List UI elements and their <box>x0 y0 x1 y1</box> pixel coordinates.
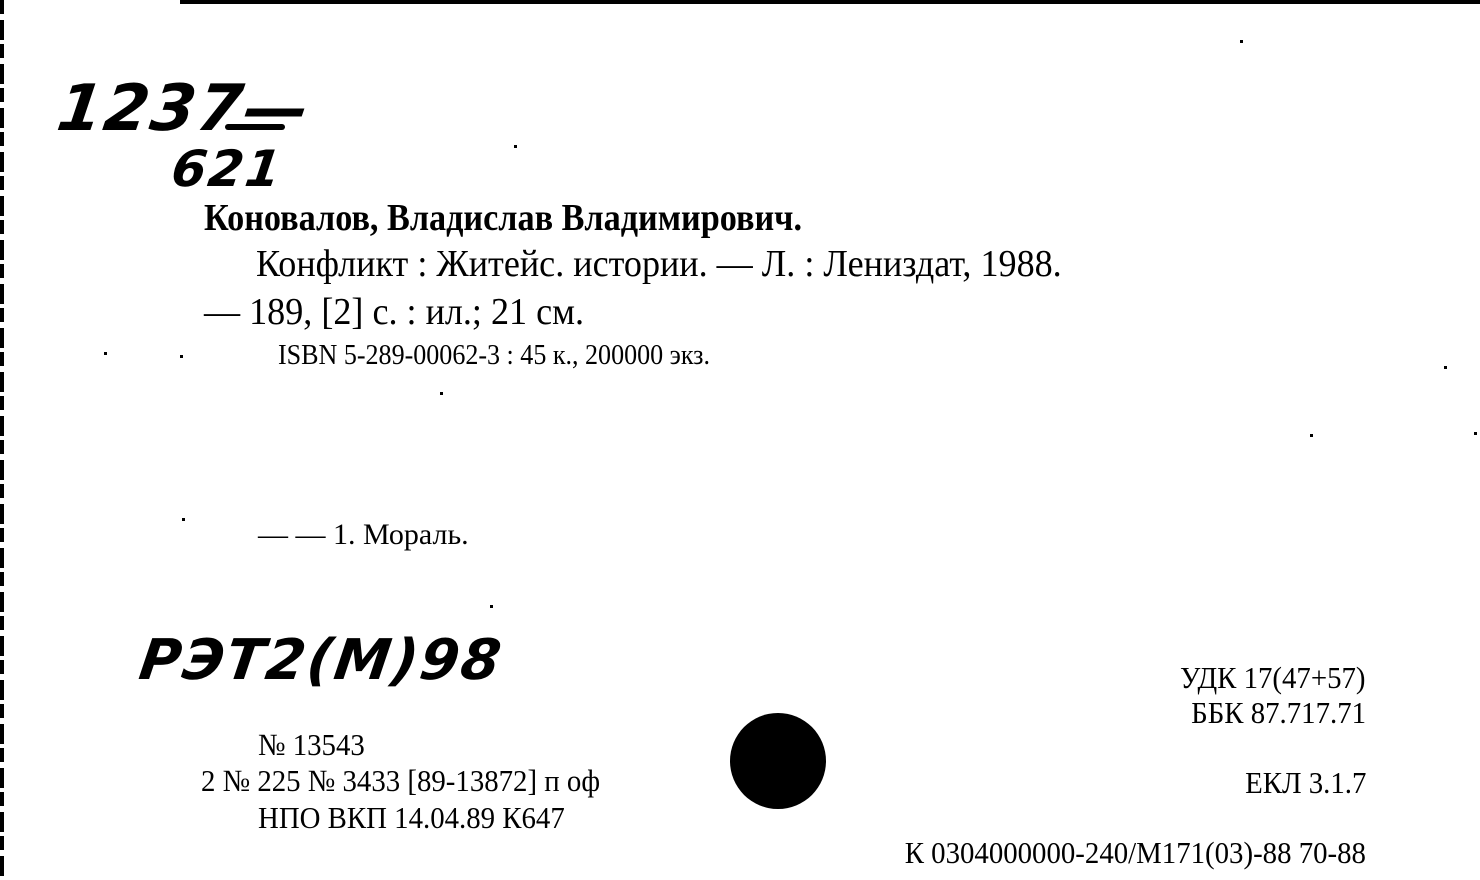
scan-speck <box>1310 434 1313 437</box>
k-code: К 0304000000-240/М171(03)-88 70-88 <box>905 835 1366 871</box>
order-number: № 13543 <box>258 727 365 763</box>
subject-tracing: — — 1. Мораль. <box>258 518 469 552</box>
scan-speck <box>1474 432 1477 435</box>
print-info-line1: 2 № 225 № 3433 [89-13872] п оф <box>201 763 600 799</box>
handwritten-shelfmark-line2: 621 <box>168 140 287 198</box>
ekl-index: ЕКЛ 3.1.7 <box>1245 765 1366 801</box>
catalog-card: 1237— 621 Коновалов, Владислав Владимиро… <box>0 0 1480 880</box>
card-left-edge <box>0 0 4 880</box>
scan-speck <box>180 355 183 358</box>
title-imprint: Конфликт : Житейс. истории. — Л. : Лениз… <box>256 242 1062 286</box>
author-heading: Коновалов, Владислав Владимирович. <box>204 196 802 240</box>
punch-hole <box>730 713 826 809</box>
scan-speck <box>514 145 517 148</box>
card-top-edge <box>180 0 1480 4</box>
scan-speck <box>1240 40 1243 43</box>
udk-index: УДК 17(47+57) <box>1180 660 1366 696</box>
scan-speck <box>104 352 107 355</box>
bbk-index: ББК 87.717.71 <box>1191 695 1366 731</box>
handwritten-shelfmark-line1: 1237— <box>53 72 316 146</box>
scan-speck <box>490 605 493 608</box>
print-info-line2: НПО ВКП 14.04.89 К647 <box>258 800 565 836</box>
physical-description: — 189, [2] с. : ил.; 21 см. <box>204 290 584 334</box>
shelfmark-dash <box>225 124 285 130</box>
handwritten-class-code: РЭТ2(М)98 <box>135 628 506 693</box>
scan-speck <box>1444 366 1447 369</box>
scan-speck <box>440 392 443 395</box>
scan-speck <box>182 518 185 521</box>
isbn-price-run: ISBN 5-289-00062-3 : 45 к., 200000 экз. <box>278 340 710 372</box>
